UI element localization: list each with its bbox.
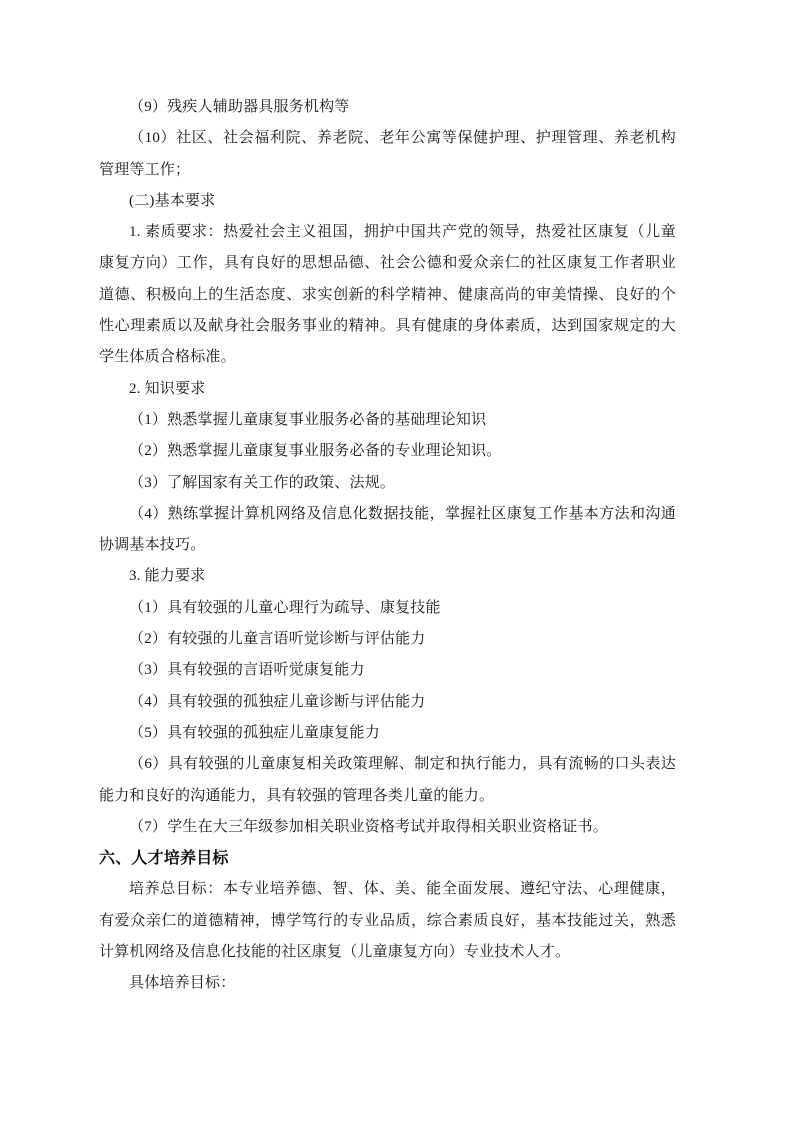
list-item-ability-5: （5）具有较强的孤独症儿童康复能力 — [99, 718, 676, 749]
para-quality-requirements: 1. 素质要求：热爱社会主义祖国，拥护中国共产党的领导，热爱社区康复（儿童康复方… — [99, 217, 676, 373]
list-item-knowledge-4: （4）熟练掌握计算机网络及信息化数据技能，掌握社区康复工作基本方法和沟通协调基本… — [99, 499, 676, 562]
list-item-aux-device-orgs: （9）残疾人辅助器具服务机构等 — [99, 92, 676, 123]
subheading-basic-requirements: (二)基本要求 — [99, 186, 676, 217]
list-item-knowledge-3: （3）了解国家有关工作的政策、法规。 — [99, 468, 676, 499]
list-item-ability-4: （4）具有较强的孤独症儿童诊断与评估能力 — [99, 687, 676, 718]
list-item-knowledge-2: （2）熟悉掌握儿童康复事业服务必备的专业理论知识。 — [99, 436, 676, 467]
list-item-ability-2: （2）有较强的儿童言语听觉诊断与评估能力 — [99, 624, 676, 655]
para-specific-training-goal-label: 具体培养目标： — [99, 968, 676, 999]
list-item-community-welfare-work: （10）社区、社会福利院、养老院、老年公寓等保健护理、护理管理、养老机构管理等工… — [99, 123, 676, 186]
list-item-ability-3: （3）具有较强的言语听觉康复能力 — [99, 655, 676, 686]
section-heading-talent-training-goal: 六、人才培养目标 — [99, 843, 676, 874]
subheading-knowledge-requirements: 2. 知识要求 — [99, 374, 676, 405]
list-item-knowledge-1: （1）熟悉掌握儿童康复事业服务必备的基础理论知识 — [99, 405, 676, 436]
document-page: （9）残疾人辅助器具服务机构等 （10）社区、社会福利院、养老院、老年公寓等保健… — [0, 0, 793, 1122]
para-overall-training-goal: 培养总目标：本专业培养德、智、体、美、能全面发展、遵纪守法、心理健康，有爱众亲仁… — [99, 874, 676, 968]
list-item-ability-6: （6）具有较强的儿童康复相关政策理解、制定和执行能力，具有流畅的口头表达能力和良… — [99, 749, 676, 812]
list-item-ability-7: （7）学生在大三年级参加相关职业资格考试并取得相关职业资格证书。 — [99, 812, 676, 843]
document-body: （9）残疾人辅助器具服务机构等 （10）社区、社会福利院、养老院、老年公寓等保健… — [99, 92, 676, 1000]
subheading-ability-requirements: 3. 能力要求 — [99, 561, 676, 592]
list-item-ability-1: （1）具有较强的儿童心理行为疏导、康复技能 — [99, 593, 676, 624]
